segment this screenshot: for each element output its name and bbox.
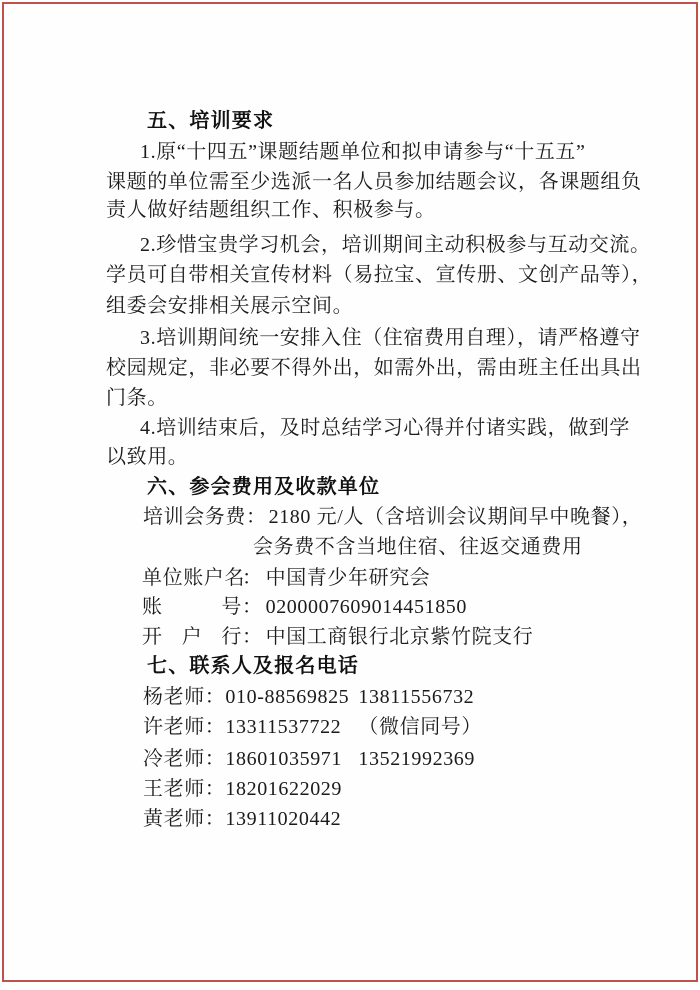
para-line: 组委会安排相关展示空间。 bbox=[106, 295, 353, 317]
colon: ： bbox=[242, 596, 263, 618]
contact-phone-1: 18601035971 bbox=[225, 748, 358, 770]
contact-row: 王老师：18201622029 bbox=[143, 778, 358, 800]
para-line: 责人做好结题组织工作、积极参与。 bbox=[106, 199, 436, 221]
section-7-heading: 七、联系人及报名电话 bbox=[147, 655, 359, 677]
account-name-label: 单位账户名 bbox=[142, 567, 242, 589]
para-line: 1.原“十四五”课题结题单位和拟申请参与“十五五” bbox=[140, 141, 586, 163]
para-line: 4.培训结束后，及时总结学习心得并付诸实践，做到学 bbox=[140, 417, 630, 439]
fee-value-line-1: 2180 元/人（含培训会议期间早中晚餐）， bbox=[269, 506, 643, 528]
contact-phone-1: 13311537722 bbox=[225, 716, 358, 738]
section-6-heading: 六、参会费用及收款单位 bbox=[147, 476, 380, 498]
fee-row: 培训会务费：2180 元/人（含培训会议期间早中晚餐）， bbox=[143, 506, 642, 528]
account-number-row: 账号：0200007609014451850 bbox=[142, 596, 467, 618]
bank-label: 开户行 bbox=[142, 626, 242, 648]
contact-name: 杨老师： bbox=[143, 686, 225, 708]
contact-name: 许老师： bbox=[143, 716, 225, 738]
account-name-value: 中国青少年研究会 bbox=[266, 567, 431, 589]
account-name-row: 单位账户名：中国青少年研究会 bbox=[142, 567, 430, 589]
colon: ： bbox=[242, 567, 263, 589]
para-line: 学员可自带相关宣传材料（易拉宝、宣传册、文创产品等）， bbox=[106, 264, 652, 286]
contact-row: 许老师：13311537722（微信同号） bbox=[143, 716, 482, 738]
contact-row: 冷老师：1860103597113521992369 bbox=[143, 748, 475, 770]
account-number-label: 账号 bbox=[142, 596, 242, 618]
contact-name: 冷老师： bbox=[143, 748, 225, 770]
contact-phone-2: 13811556732 bbox=[358, 686, 474, 708]
contact-phone-2: 13521992369 bbox=[358, 748, 475, 770]
para-line: 以致用。 bbox=[106, 446, 188, 468]
para-line: 2.珍惜宝贵学习机会，培训期间主动积极参与互动交流。 bbox=[140, 234, 651, 256]
document-page: 五、培训要求 1.原“十四五”课题结题单位和拟申请参与“十五五” 课题的单位需至… bbox=[0, 0, 700, 990]
contact-row: 杨老师：010-8856982513811556732 bbox=[143, 686, 474, 708]
contact-name: 王老师： bbox=[143, 778, 225, 800]
contact-phone-1: 18201622029 bbox=[225, 778, 358, 800]
contact-phone-1: 13911020442 bbox=[225, 808, 358, 830]
para-line: 门条。 bbox=[106, 387, 168, 409]
para-line: 校园规定，非必要不得外出，如需外出，需由班主任出具出 bbox=[106, 357, 642, 379]
bank-row: 开户行：中国工商银行北京紫竹院支行 bbox=[142, 626, 533, 648]
account-number-value: 0200007609014451850 bbox=[266, 596, 467, 618]
contact-phone-1: 010-88569825 bbox=[225, 686, 358, 708]
contact-row: 黄老师：13911020442 bbox=[143, 808, 358, 830]
fee-value-line-2: 会务费不含当地住宿、往返交通费用 bbox=[253, 536, 583, 558]
para-line: 3.培训期间统一安排入住（住宿费用自理），请严格遵守 bbox=[140, 327, 641, 349]
contact-name: 黄老师： bbox=[143, 808, 225, 830]
fee-label: 培训会务费： bbox=[143, 506, 267, 528]
bank-value: 中国工商银行北京紫竹院支行 bbox=[266, 626, 534, 648]
section-5-heading: 五、培训要求 bbox=[147, 110, 274, 132]
para-line: 课题的单位需至少选派一名人员参加结题会议，各课题组负 bbox=[106, 171, 642, 193]
colon: ： bbox=[242, 626, 263, 648]
contact-note: （微信同号） bbox=[358, 716, 482, 738]
